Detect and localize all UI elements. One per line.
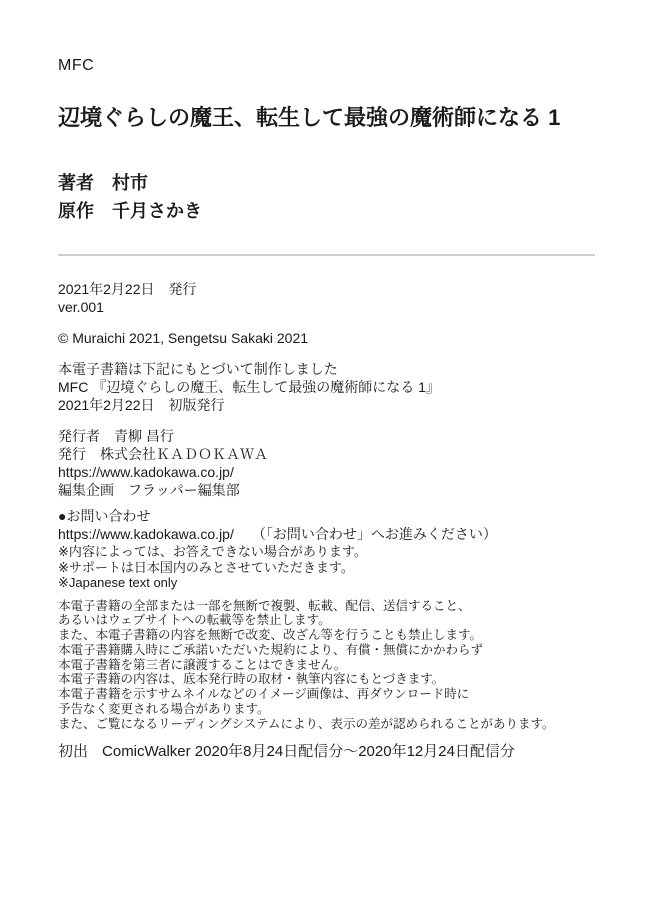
author-label: 著者: [58, 169, 94, 197]
publisher-name: 青柳 昌行: [114, 427, 174, 445]
contact-block: ●お問い合わせ https://www.kadokawa.co.jp/ （「お問…: [58, 507, 595, 591]
legal-line: 本電子書籍の全部または一部を無断で複製、転載、配信、送信すること、: [58, 599, 595, 614]
publisher-label: 発行者: [58, 427, 100, 445]
book-title: 辺境ぐらしの魔王、転生して最強の魔術師になる 1: [58, 103, 595, 133]
edition-block: 2021年2月22日 発行 ver.001: [58, 280, 595, 316]
legal-notice-block: 本電子書籍の全部または一部を無断で複製、転載、配信、送信すること、 あるいはウェ…: [58, 599, 595, 732]
publisher-url-link[interactable]: https://www.kadokawa.co.jp/: [58, 464, 234, 480]
contact-url-row: https://www.kadokawa.co.jp/ （「お問い合わせ」へお進…: [58, 525, 595, 544]
contact-note-line: ※Japanese text only: [58, 575, 595, 591]
legal-line: また、ご覧になるリーディングシステムにより、表示の差が認められることがあります。: [58, 717, 595, 732]
source-first-edition-line: 2021年2月22日 初版発行: [58, 396, 595, 414]
contact-url-link[interactable]: https://www.kadokawa.co.jp/: [58, 525, 234, 544]
version-line: ver.001: [58, 298, 595, 316]
contact-note-line: ※内容によっては、お答えできない場合があります。: [58, 544, 595, 560]
original-label: 原作: [58, 197, 94, 225]
editorial-label: 編集企画: [58, 481, 114, 499]
publisher-row: 発行者 青柳 昌行: [58, 427, 595, 445]
contact-url-note: （「お問い合わせ」へお進みください）: [252, 525, 497, 544]
first-publication-row: 初出 ComicWalker 2020年8月24日配信分～2020年12月24日…: [58, 742, 595, 761]
legal-line: あるいはウェブサイトへの転載等を禁止します。: [58, 613, 595, 628]
colophon-page: MFC 辺境ぐらしの魔王、転生して最強の魔術師になる 1 著者 村市 原作 千月…: [0, 0, 650, 924]
original-author-row: 原作 千月さかき: [58, 197, 595, 225]
publisher-block: 発行者 青柳 昌行 発行 株式会社ＫＡＤＯＫＡＷＡ https://www.ka…: [58, 427, 595, 499]
author-name: 村市: [112, 169, 148, 197]
legal-line: 予告なく変更される場合があります。: [58, 702, 595, 717]
issuer-label: 発行: [58, 445, 86, 463]
contact-note-line: ※サポートは日本国内のみとさせていただきます。: [58, 560, 595, 576]
source-book-line: MFC 『辺境ぐらしの魔王、転生して最強の魔術師になる 1』: [58, 378, 595, 396]
source-intro-line: 本電子書籍は下記にもとづいて制作しました: [58, 360, 595, 378]
source-edition-block: 本電子書籍は下記にもとづいて制作しました MFC 『辺境ぐらしの魔王、転生して最…: [58, 360, 595, 414]
legal-line: 本電子書籍の内容は、底本発行時の取材・執筆内容にもとづきます。: [58, 672, 595, 687]
copyright-line: © Muraichi 2021, Sengetsu Sakaki 2021: [58, 329, 595, 347]
first-publication-value: ComicWalker 2020年8月24日配信分～2020年12月24日配信分: [102, 742, 515, 761]
original-name: 千月さかき: [112, 197, 202, 225]
editorial-name: フラッパー編集部: [128, 481, 240, 499]
contact-notes: ※内容によっては、お答えできない場合があります。 ※サポートは日本国内のみとさせ…: [58, 544, 595, 591]
legal-line: 本電子書籍を示すサムネイルなどのイメージ画像は、再ダウンロード時に: [58, 687, 595, 702]
publisher-url-row: https://www.kadokawa.co.jp/: [58, 463, 595, 481]
author-row: 著者 村市: [58, 169, 595, 197]
issuer-name: 株式会社ＫＡＤＯＫＡＷＡ: [100, 445, 268, 463]
legal-line: 本電子書籍を第三者に譲渡することはできません。: [58, 658, 595, 673]
legal-line: 本電子書籍購入時にご承諾いただいた規約により、有償・無償にかかわらず: [58, 643, 595, 658]
credits-block: 著者 村市 原作 千月さかき: [58, 169, 595, 225]
imprint-label: MFC: [58, 56, 595, 76]
editorial-row: 編集企画 フラッパー編集部: [58, 481, 595, 499]
section-divider: [58, 254, 595, 256]
issue-date-line: 2021年2月22日 発行: [58, 280, 595, 298]
contact-heading: ●お問い合わせ: [58, 507, 595, 525]
first-publication-label: 初出: [58, 742, 88, 761]
legal-line: また、本電子書籍の内容を無断で改変、改ざん等を行うことも禁止します。: [58, 628, 595, 643]
issuer-row: 発行 株式会社ＫＡＤＯＫＡＷＡ: [58, 445, 595, 463]
